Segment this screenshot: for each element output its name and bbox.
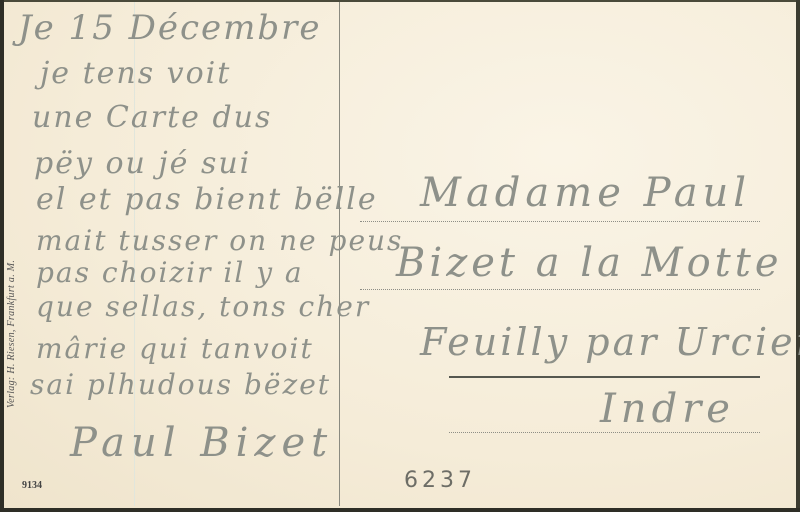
message-line: el et pas bient bëlle <box>36 182 378 217</box>
message-line: que sellas, tons cher <box>36 290 370 323</box>
address-line-text: Indre <box>600 386 735 432</box>
address-line-text: Madame Paul <box>420 170 751 216</box>
scan-border-top <box>0 0 800 2</box>
message-line: pas choizir il y a <box>36 256 304 289</box>
publisher-imprint: Verlag: H. Riesen, Frankfurt a. M. <box>6 260 17 408</box>
message-line: sai plhudous bëzet <box>30 368 331 401</box>
pencil-annotation: 6237 <box>404 468 476 493</box>
address-line-text: Feuilly par Urciers <box>420 320 800 364</box>
message-line: une Carte dus <box>32 100 272 135</box>
scan-border-left <box>0 0 4 512</box>
scan-border-right <box>796 0 800 512</box>
address-line-4 <box>449 432 760 433</box>
card-number: 9134 <box>22 480 42 491</box>
scan-border-bottom <box>0 508 800 512</box>
message-line: mârie qui tanvoit <box>36 332 314 365</box>
message-line: je tens voit <box>40 56 231 91</box>
message-line: Je 15 Décembre <box>18 8 322 48</box>
address-line-3 <box>449 376 760 378</box>
address-line-1 <box>360 221 760 222</box>
message-line: mait tusser on ne peus <box>36 224 403 257</box>
message-line: pëy ou jé sui <box>34 146 251 181</box>
address-line-text: Bizet a la Motte <box>396 240 783 286</box>
address-line-2 <box>360 289 760 290</box>
signature: Paul Bizet <box>70 420 333 466</box>
